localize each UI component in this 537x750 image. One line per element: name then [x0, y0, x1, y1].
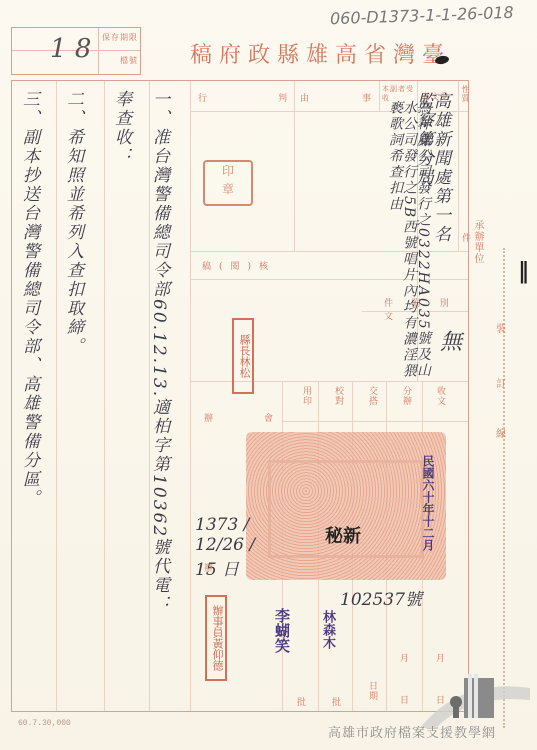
subject-handwriting: 為神鷹公司發行之0322HA035號及山水公司發行之5B西號唱片內均有濃淫猥褻歌…: [310, 100, 430, 380]
seal-name-stamp: 林森木: [318, 610, 337, 649]
binding-zhuang: 裝: [496, 320, 506, 335]
header-fen-ban: 分辦: [400, 386, 413, 406]
label-date: 日期: [366, 681, 379, 701]
label-day-1: 日: [400, 693, 410, 706]
official-seal: [246, 432, 446, 580]
secret-mark: 秘新: [325, 522, 361, 548]
header-xing: 行: [198, 91, 208, 104]
approval-stamp: 縣長林松: [232, 318, 254, 394]
dispatch-number: 102537號: [340, 585, 422, 610]
watermark-text: 高雄市政府檔案支援教學網: [328, 722, 496, 741]
paragraph-1: 一、准台灣警備總司令部60.12.13.適柏字第10362號代電：: [150, 90, 167, 690]
date-stamp: 民國六十年十二月: [420, 455, 437, 551]
paragraph-3: 三、副本抄送台灣警備總司令部、高雄警備分區。: [20, 90, 37, 720]
file-label: 檔號: [120, 55, 138, 66]
seal-stamp-small: 印章: [203, 160, 253, 206]
binding-xian: 線: [496, 425, 506, 440]
document-title: 臺灣省高雄縣政府稿: [190, 38, 451, 69]
header-yong-yin: 用印: [300, 386, 313, 406]
proof-name-stamp: 李蝴笑: [272, 608, 293, 653]
header-xing-zhi: 性質: [460, 85, 471, 103]
header-jiao-dui: 校對: [332, 386, 345, 406]
label-cheng-ban: 承辦單位: [470, 220, 485, 264]
paragraph-2: 二、希知照並希列入查扣取締。: [64, 90, 81, 510]
retention-label: 保存期限: [102, 32, 138, 43]
clerk-stamp: 辦事員黃仰德: [205, 595, 227, 681]
header-shou-wen2: 收文: [434, 386, 447, 406]
label-pi-1: 批: [297, 695, 307, 708]
retention-handwriting: 1 8: [50, 34, 91, 64]
header-ban: 辦: [204, 411, 214, 424]
retention-box: 1 8 保存期限 檔號: [11, 27, 141, 75]
header-you: 由: [300, 91, 310, 104]
binding-ding: 訂: [496, 375, 506, 390]
print-code: 60.7.30,000: [18, 719, 71, 728]
paper-clip-mark: ‖: [518, 258, 529, 284]
label-month-1: 月: [400, 651, 410, 664]
header-hui: 會: [264, 411, 274, 424]
label-month-2: 月: [436, 651, 446, 664]
label-pi-2: 批: [332, 695, 342, 708]
note-text: 奉查收：: [112, 90, 129, 290]
header-pan: 判: [278, 91, 288, 104]
attachment-mark: 無: [440, 325, 462, 356]
date-note: 1373 / 12/26 / 15 日: [195, 515, 275, 580]
header-gao-yue-he: 稿(閱)核: [202, 259, 276, 272]
archive-logo-icon: [420, 668, 530, 728]
header-jiao-da: 交搭: [366, 386, 379, 406]
